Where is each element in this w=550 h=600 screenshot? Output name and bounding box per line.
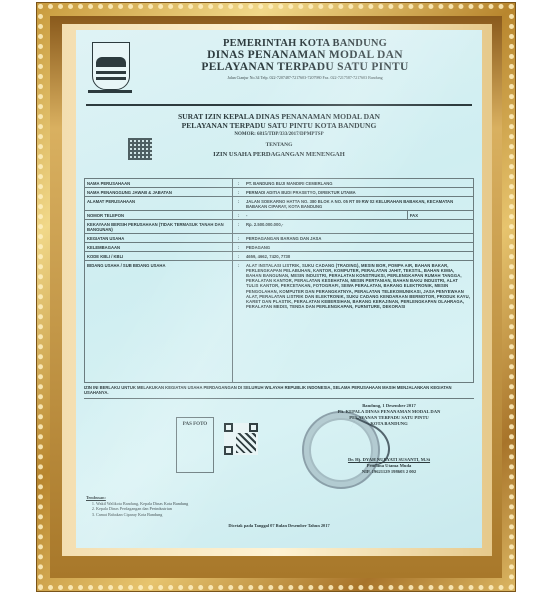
pas-foto-box: PAS FOTO [176, 417, 214, 473]
fax-label: FAX [407, 211, 473, 220]
field-label: NOMOR TELEPON [85, 211, 233, 220]
table-row: KODE KBLI / KBLI : 4659, 4662, 7420, 773… [85, 252, 474, 261]
table-row: KEGIATAN USAHA : PERDAGANGAN BARANG DAN … [85, 234, 474, 243]
signatory-title-3: KOTA BANDUNG [314, 421, 464, 427]
field-value: ALAT INSTALASI LISTRIK, SUKU CADANG (TRA… [244, 261, 474, 383]
field-label: KODE KBLI / KBLI [85, 252, 233, 261]
field-value: 4659, 4662, 7420, 7730 [244, 252, 474, 261]
table-row: KEKAYAAN BERSIH PERUSAHAAN (TIDAK TERMAS… [85, 220, 474, 234]
validity-notice: IZIN INI BERLAKU UNTUK MELAKUKAN KEGIATA… [84, 385, 474, 399]
gold-picture-frame: PEMERINTAH KOTA BANDUNG DINAS PENANAMAN … [36, 2, 516, 592]
field-label: BIDANG USAHA / SUB BIDANG USAHA [85, 261, 233, 383]
signature-block: Bandung, 1 Desember 2017 Plt. KEPALA DIN… [314, 403, 464, 475]
signature-area: PAS FOTO Bandung, 1 Desember 2017 Plt. K… [76, 403, 482, 495]
field-value: PERDAGANGAN BARANG DAN JASA [244, 234, 474, 243]
agency-name-2: PELAYANAN TERPADU SATU PINTU [142, 61, 468, 73]
field-label: KEGIATAN USAHA [85, 234, 233, 243]
table-row: NAMA PENANGGUNG JAWAB & JABATAN : PERMAD… [85, 188, 474, 197]
signatory-nip: NIP. 19621129 198603 2 002 [314, 469, 464, 475]
field-value: JALAN SOEKARNO HATTA NO. 380 BLOK A NO. … [244, 197, 474, 211]
print-date-footer: Dicetak pada Tanggal 07 Bulan Desember T… [76, 523, 482, 528]
field-value: Rp. 2.500.000.000,- [244, 220, 474, 234]
field-label: KEKAYAAN BERSIH PERUSAHAAN (TIDAK TERMAS… [85, 220, 233, 234]
field-label: KELEMBAGAAN [85, 243, 233, 252]
tembusan-list: Tembusan: Wakil Walikota Bandung, Kepala… [86, 495, 472, 517]
emblem-caption [88, 90, 132, 93]
license-document: PEMERINTAH KOTA BANDUNG DINAS PENANAMAN … [76, 30, 482, 548]
document-title-block: SURAT IZIN KEPALA DINAS PENANAMAN MODAL … [86, 112, 472, 176]
table-row: BIDANG USAHA / SUB BIDANG USAHA : ALAT I… [85, 261, 474, 383]
field-label: NAMA PERUSAHAAN [85, 179, 233, 188]
city-emblem-icon [92, 42, 130, 90]
title-line-1: SURAT IZIN KEPALA DINAS PENANAMAN MODAL … [86, 112, 472, 121]
field-value: PEDAGANG [244, 243, 474, 252]
qr-code-icon [128, 138, 152, 160]
field-label: NAMA PENANGGUNG JAWAB & JABATAN [85, 188, 233, 197]
document-number: NOMOR: 6815/TDP/333/2017/DPMPTSP [86, 132, 472, 137]
title-line-2: PELAYANAN TERPADU SATU PINTU KOTA BANDUN… [86, 121, 472, 130]
table-row: ALAMAT PERUSAHAAN : JALAN SOEKARNO HATTA… [85, 197, 474, 211]
field-value: PERMADI ADITIA BUDI PRASETYO, DIREKTUR U… [244, 188, 474, 197]
letterhead-text: PEMERINTAH KOTA BANDUNG DINAS PENANAMAN … [142, 38, 468, 80]
field-label: ALAMAT PERUSAHAAN [85, 197, 233, 211]
gov-name: PEMERINTAH KOTA BANDUNG [142, 38, 468, 49]
field-value: PT. BANDUNG BUJI MANDIRI CEMERLANG [244, 179, 474, 188]
agency-name-1: DINAS PENANAMAN MODAL DAN [142, 49, 468, 61]
qr-code-icon [224, 423, 258, 455]
license-fields-table: NAMA PERUSAHAAN : PT. BANDUNG BUJI MANDI… [84, 178, 474, 383]
list-item: Camat Babakan Ciparay Kota Bandung [96, 512, 472, 518]
table-row: KELEMBAGAAN : PEDAGANG [85, 243, 474, 252]
field-value: - [244, 211, 407, 220]
table-row: NOMOR TELEPON : - FAX [85, 211, 474, 220]
agency-address: Jalan Cianjur No.34 Telp. 022-7207487-72… [142, 75, 468, 80]
table-row: NAMA PERUSAHAAN : PT. BANDUNG BUJI MANDI… [85, 179, 474, 188]
letterhead: PEMERINTAH KOTA BANDUNG DINAS PENANAMAN … [86, 30, 472, 106]
